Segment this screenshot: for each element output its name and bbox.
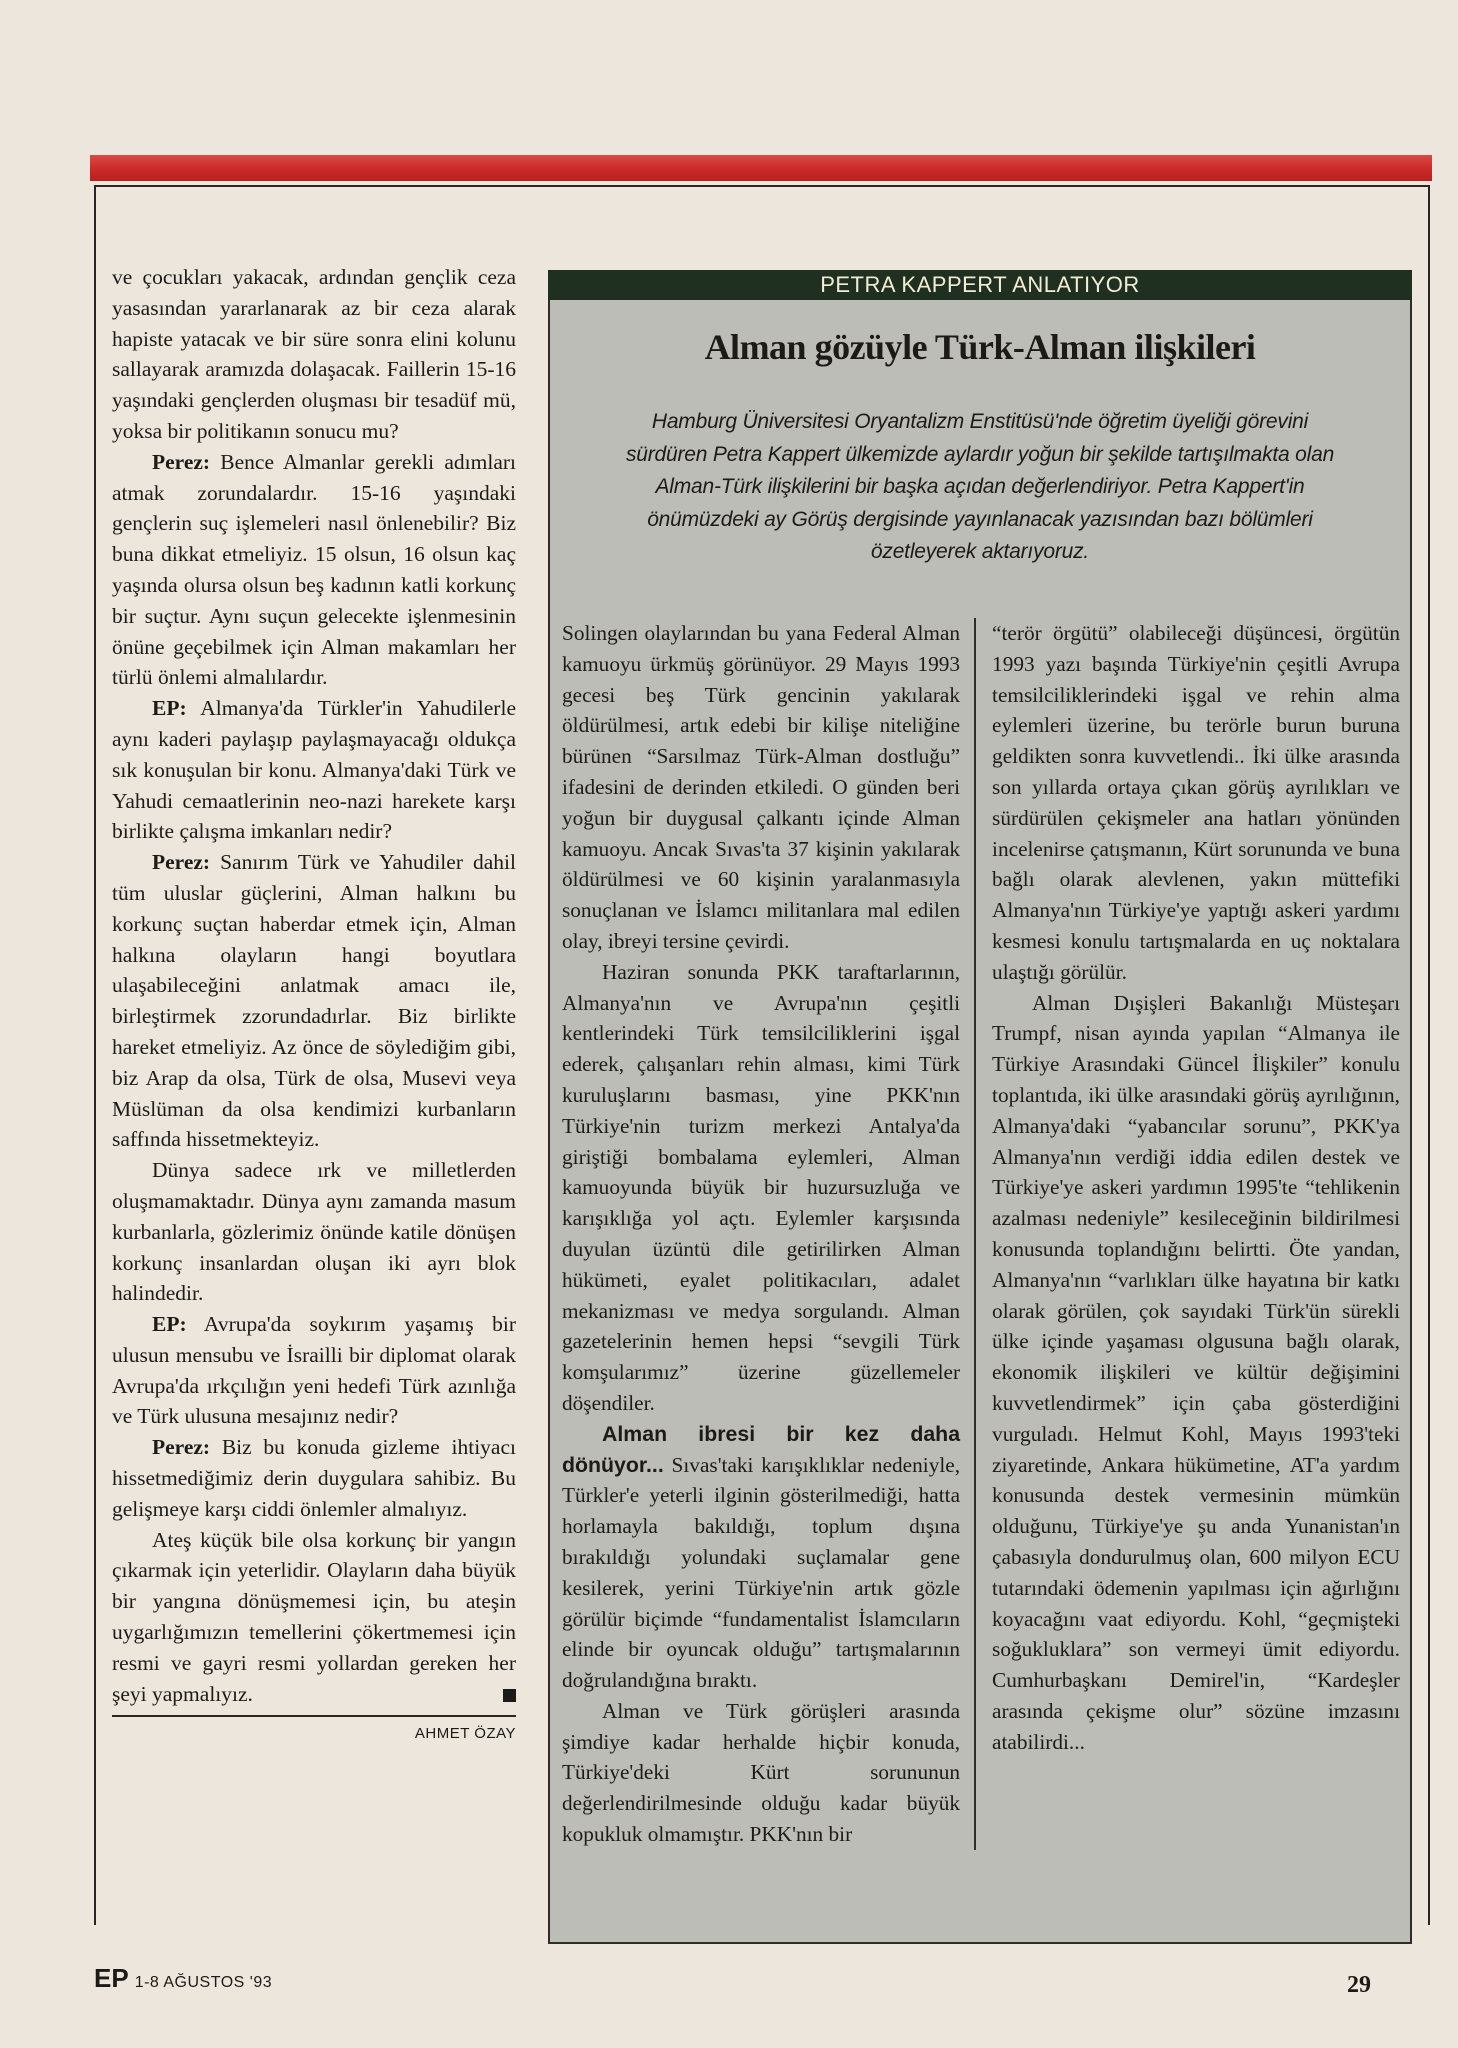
speaker-label: Perez: (152, 850, 210, 874)
sidebar-box: Alman gözüyle Türk-Alman ilişkileri Hamb… (548, 300, 1412, 1944)
interview-paragraph: Perez: Biz bu konuda gizleme ihtiyacı hi… (112, 1432, 516, 1524)
sidebar-kicker: PETRA KAPPERT ANLATIYOR (548, 270, 1412, 300)
end-of-article-square-icon (503, 1689, 516, 1702)
sidebar-paragraph: Solingen olaylarından bu yana Federal Al… (562, 618, 960, 957)
interview-column: ve çocukları yakacak, ardından gençlik c… (112, 262, 516, 1750)
sidebar-article: PETRA KAPPERT ANLATIYOR Alman gözüyle Tü… (548, 270, 1412, 1944)
sidebar-paragraph: Alman ibresi bir kez daha dönüyor... Sıv… (562, 1419, 960, 1696)
interview-paragraph: EP: Avrupa'da soykırım yaşamış bir ulusu… (112, 1309, 516, 1432)
issue-date: 1-8 AĞUSTOS '93 (135, 1974, 272, 1991)
speaker-label: Perez: (152, 1435, 210, 1459)
author-byline: AHMET ÖZAY (112, 1719, 516, 1750)
interview-paragraph: Ateş küçük bile olsa korkunç bir yangın … (112, 1525, 516, 1710)
speaker-label: EP: (152, 696, 187, 720)
magazine-logo: EP (94, 1963, 129, 1993)
speaker-label: EP: (152, 1312, 187, 1336)
sidebar-paragraph: “terör örgütü” olabileceği düşüncesi, ör… (992, 618, 1400, 988)
page-frame-right-rule (1428, 185, 1430, 1925)
sidebar-title: Alman gözüyle Türk-Alman ilişkileri (550, 300, 1410, 368)
sidebar-paragraph: Haziran sonunda PKK taraftarlarının, Alm… (562, 957, 960, 1419)
interview-paragraph: Perez: Sanırım Türk ve Yahudiler dahil t… (112, 847, 516, 1155)
sidebar-columns: Solingen olaylarından bu yana Federal Al… (562, 618, 1400, 1850)
top-red-bar (90, 155, 1432, 181)
sidebar-paragraph: Alman Dışişleri Bakanlığı Müsteşarı Trum… (992, 988, 1400, 1758)
sidebar-column-1: Solingen olaylarından bu yana Federal Al… (562, 618, 974, 1850)
interview-paragraph: Dünya sadece ırk ve milletlerden oluşmam… (112, 1155, 516, 1309)
interview-paragraph: Perez: Bence Almanlar gerekli adımları a… (112, 447, 516, 693)
sidebar-paragraph: Alman ve Türk görüşleri arasında şimdiye… (562, 1696, 960, 1850)
sidebar-column-2: “terör örgütü” olabileceği düşüncesi, ör… (974, 618, 1400, 1850)
page-number: 29 (1347, 1972, 1371, 1999)
interview-paragraph: EP: Almanya'da Türkler'in Yahudilerle ay… (112, 693, 516, 847)
byline-rule (112, 1715, 516, 1717)
page-frame-left-rule (94, 185, 96, 1925)
interview-paragraph: ve çocukları yakacak, ardından gençlik c… (112, 262, 516, 447)
sidebar-lead: Hamburg Üniversitesi Oryantalizm Enstitü… (610, 406, 1350, 569)
speaker-label: Perez: (152, 450, 210, 474)
page-footer: EP1-8 AĞUSTOS '93 (94, 1963, 272, 1994)
